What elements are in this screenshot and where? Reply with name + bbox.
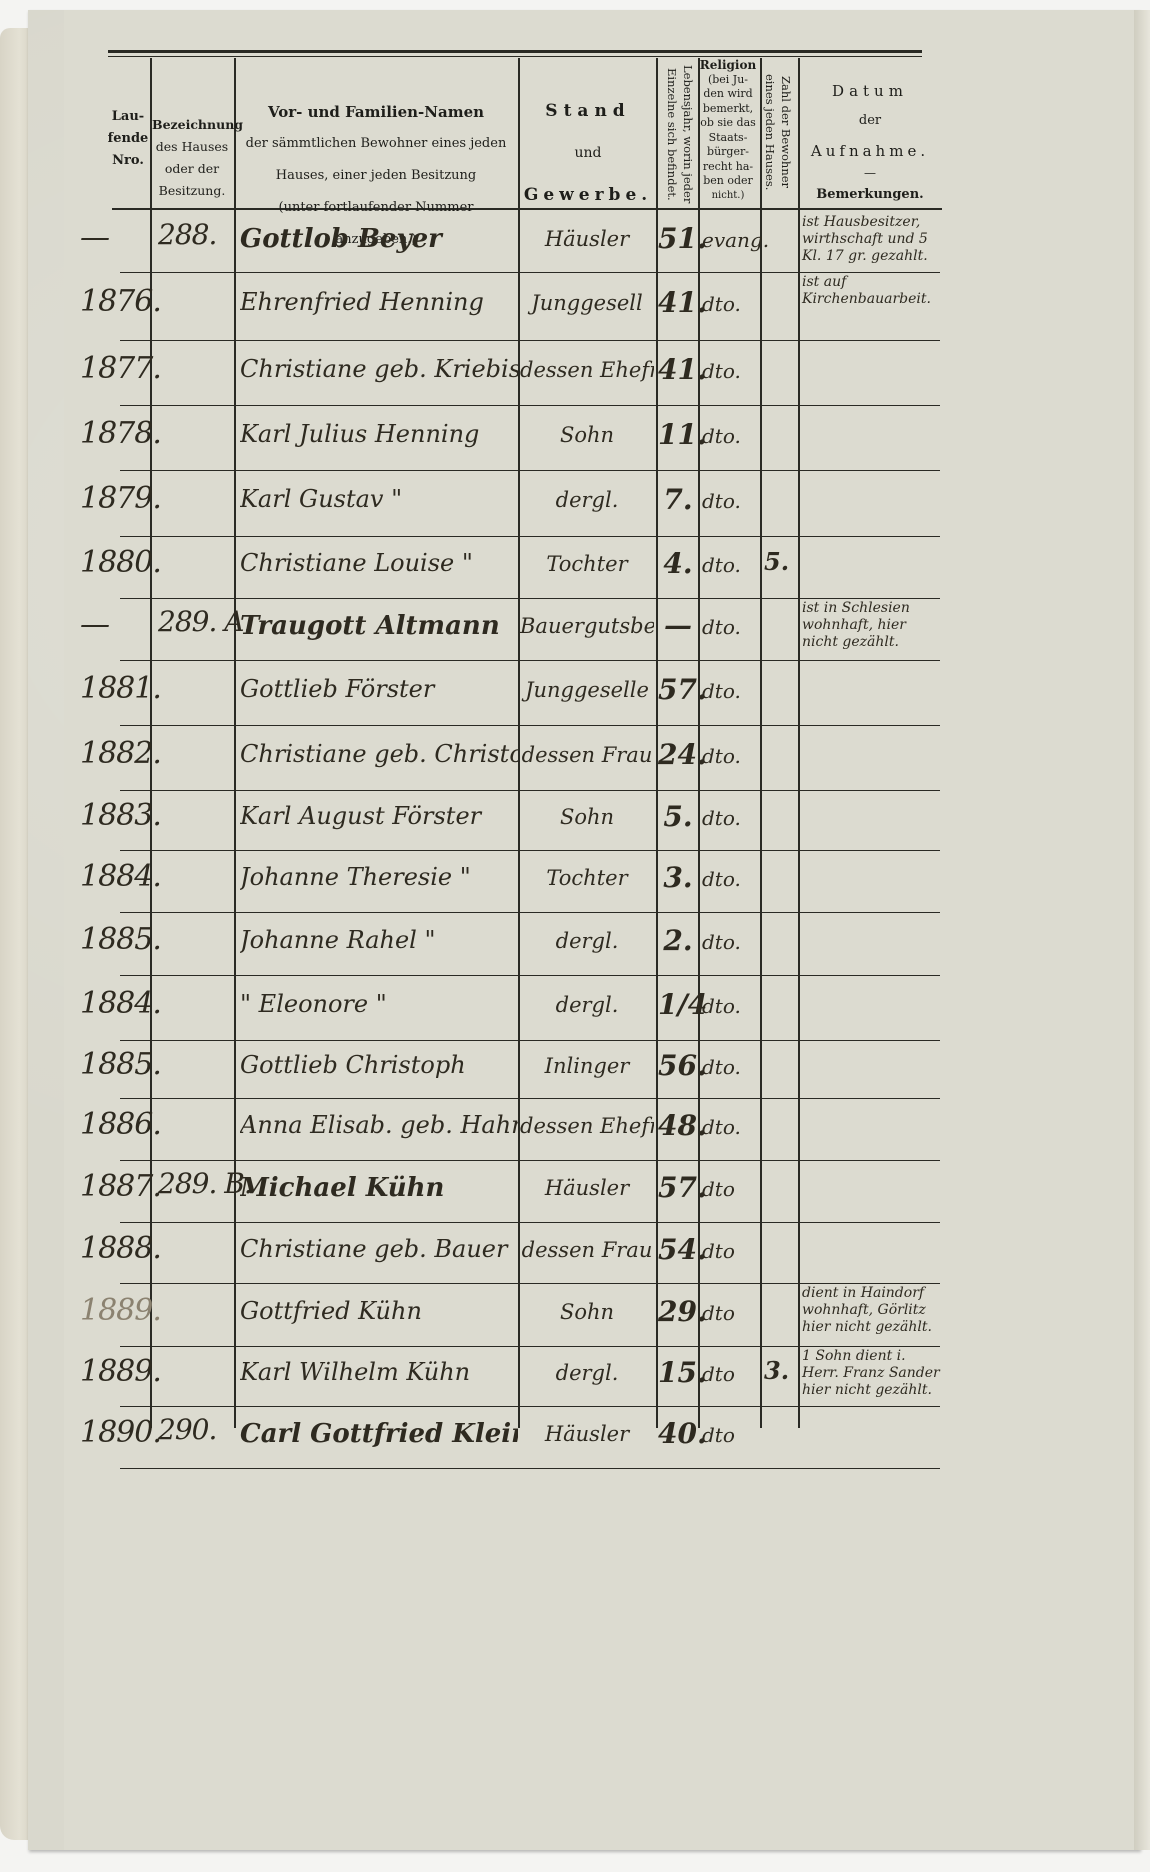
religion: dto. [702, 359, 758, 383]
resident-name: Karl August Förster [240, 802, 518, 830]
household-count: 5. [764, 547, 796, 576]
row-divider [120, 850, 940, 851]
religion: dto. [702, 867, 758, 891]
age: 15. [658, 1356, 698, 1389]
row-divider [120, 1040, 940, 1041]
row-number: 1880. [80, 545, 150, 580]
resident-name: Karl Gustav " [240, 485, 518, 513]
resident-name: Johanne Theresie " [240, 863, 518, 891]
row-number: 1878. [80, 416, 150, 451]
remark: ist in Schlesien wohnhaft, hier nicht ge… [802, 600, 942, 651]
occupation: Sohn [520, 1300, 654, 1324]
religion: evang. [702, 228, 758, 252]
age: 54. [658, 1233, 698, 1266]
row-divider [120, 790, 940, 791]
resident-name: Karl Julius Henning [240, 420, 518, 448]
row-divider [120, 725, 940, 726]
row-divider [120, 405, 940, 406]
age: 40. [658, 1417, 698, 1450]
occupation: Tochter [520, 866, 654, 890]
header-date-remarks: Datum der Aufnahme. — Bemerkungen. [800, 76, 940, 210]
remark: ist Hausbesitzer, wirthschaft und 5 Kl. … [802, 214, 942, 265]
row-number: 1889. [80, 1354, 150, 1389]
occupation: dergl. [520, 929, 654, 953]
row-number: 1885. [80, 922, 150, 957]
age: 1/4 [658, 988, 698, 1021]
row-number: 1885. [80, 1047, 150, 1082]
header-age: Lebensjahr, worin jeder Einzelne sich be… [660, 62, 696, 206]
resident-name: Carl Gottfried Klein [240, 1419, 518, 1449]
remark: dient in Haindorf wohnhaft, Görlitz hier… [802, 1285, 942, 1336]
religion: dto. [702, 1115, 758, 1139]
page-gutter [1134, 10, 1150, 1850]
age: 3. [658, 861, 698, 894]
row-number: 1876. [80, 284, 150, 319]
religion: dto. [702, 553, 758, 577]
religion: dto. [702, 744, 758, 768]
religion: dto. [702, 489, 758, 513]
religion: dto. [702, 615, 758, 639]
row-divider [120, 975, 940, 976]
occupation: Häusler [520, 227, 654, 251]
resident-name: Johanne Rahel " [240, 926, 518, 954]
row-number: 1884. [80, 986, 150, 1021]
occupation: Tochter [520, 552, 654, 576]
row-divider [120, 1406, 940, 1407]
remark: 1 Sohn dient i. Herr. Franz Sander hier … [802, 1348, 942, 1399]
occupation: Junggesell [520, 291, 654, 315]
resident-name: Christiane geb. Kriebisch [240, 355, 518, 383]
religion: dto. [702, 679, 758, 703]
resident-name: Michael Kühn [240, 1173, 518, 1203]
occupation: dergl. [520, 1361, 654, 1385]
row-divider [120, 340, 940, 341]
row-number: 1888. [80, 1231, 150, 1266]
row-divider [120, 1468, 940, 1469]
house-number: 289. B. [158, 1167, 238, 1200]
age: 5. [658, 800, 698, 833]
occupation: dessen Ehefrau [520, 1114, 654, 1138]
row-divider [120, 912, 940, 913]
religion: dto. [702, 994, 758, 1018]
row-divider [120, 1160, 940, 1161]
occupation: dessen Frau [520, 1238, 654, 1262]
age: 41. [658, 353, 698, 386]
religion: dto. [702, 424, 758, 448]
row-number: 1882. [80, 736, 150, 771]
religion: dto. [702, 806, 758, 830]
row-divider [120, 1222, 940, 1223]
resident-name: Christiane Louise " [240, 549, 518, 577]
row-number: 1883. [80, 798, 150, 833]
row-number: 1881. [80, 671, 150, 706]
header-top-thin-rule [108, 56, 922, 57]
house-number: 290. [158, 1413, 238, 1446]
age: 48. [658, 1109, 698, 1142]
religion: dto [702, 1239, 758, 1263]
age: 2. [658, 924, 698, 957]
resident-name: " Eleonore " [240, 990, 518, 1018]
resident-name: Anna Elisab. geb. Hahn [240, 1111, 518, 1139]
row-number: 1877. [80, 351, 150, 386]
age: 56. [658, 1049, 698, 1082]
row-divider [120, 1283, 940, 1284]
age: 51. [658, 222, 698, 255]
occupation: dergl. [520, 993, 654, 1017]
age: 11. [658, 418, 698, 451]
household-count: 3. [764, 1356, 796, 1385]
header-top-rule [108, 50, 922, 53]
row-number: 1884. [80, 859, 150, 894]
religion: dto [702, 1177, 758, 1201]
age: 24. [658, 738, 698, 771]
resident-name: Karl Wilhelm Kühn [240, 1358, 518, 1386]
row-divider [120, 598, 940, 599]
resident-name: Ehrenfried Henning [240, 288, 518, 316]
row-number: 1887. [80, 1169, 150, 1204]
row-number: 1879. [80, 481, 150, 516]
house-number: 288. [158, 218, 238, 251]
religion: dto [702, 1362, 758, 1386]
occupation: dessen Ehefrau [520, 358, 654, 382]
occupation: Sohn [520, 805, 654, 829]
header-house: Bezeichnung des Hauses oder der Besitzun… [152, 114, 232, 202]
occupation: dessen Frau [520, 743, 654, 767]
row-divider [120, 272, 940, 273]
occupation: Inlinger [520, 1054, 654, 1078]
resident-name: Gottlieb Christoph [240, 1051, 518, 1079]
resident-name: Traugott Altmann [240, 611, 518, 641]
religion: dto [702, 1423, 758, 1447]
header-stand: Stand und Gewerbe. [520, 90, 656, 216]
age: 57. [658, 673, 698, 706]
occupation: dergl. [520, 488, 654, 512]
row-divider [120, 660, 940, 661]
age: 4. [658, 547, 698, 580]
row-divider [120, 536, 940, 537]
resident-name: Gottlob Beyer [240, 224, 518, 254]
row-number: 1889. [80, 1293, 150, 1328]
religion: dto. [702, 930, 758, 954]
occupation: Bauergutsbesitzer [520, 614, 654, 638]
header-religion: Religion (bei Ju- den wird bemerkt, ob s… [698, 58, 758, 203]
age: 41. [658, 286, 698, 319]
row-divider [120, 1346, 940, 1347]
row-number: 1890. [80, 1415, 150, 1450]
religion: dto [702, 1301, 758, 1325]
row-divider [120, 1098, 940, 1099]
resident-name: Gottlieb Förster [240, 675, 518, 703]
row-divider [120, 470, 940, 471]
resident-name: Christiane geb. Christoph [240, 740, 518, 768]
occupation: Sohn [520, 423, 654, 447]
age: 29. [658, 1295, 698, 1328]
resident-name: Gottfried Kühn [240, 1297, 518, 1325]
row-number: — [80, 607, 150, 642]
occupation: Häusler [520, 1422, 654, 1446]
age: 57. [658, 1171, 698, 1204]
religion: dto. [702, 292, 758, 316]
occupation: Häusler [520, 1176, 654, 1200]
row-number: — [80, 220, 150, 255]
religion: dto. [702, 1055, 758, 1079]
occupation: Junggeselle [520, 678, 654, 702]
age: 7. [658, 483, 698, 516]
header-laufende-nr: Lau- fende Nro. [106, 106, 150, 172]
row-number: 1886. [80, 1107, 150, 1142]
resident-name: Christiane geb. Bauer [240, 1235, 518, 1263]
age: — [658, 609, 698, 642]
remark: ist auf Kirchenbauarbeit. [802, 274, 942, 308]
header-count: Zahl der Bewohner eines jeden Hauses. [762, 62, 794, 202]
house-number: 289. A. [158, 605, 238, 638]
